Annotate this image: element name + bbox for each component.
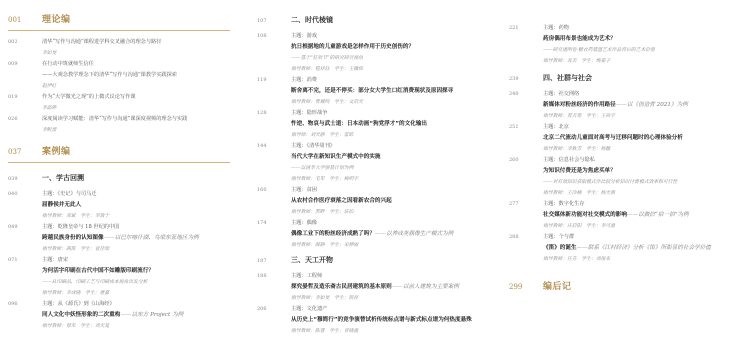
- entry-title: 同人文化中妖怪形象的二次重构: [42, 312, 120, 318]
- entry-title-line: 跨越民族身份的认知图像——以巴尔喀什湖、乌梁东亚地区为例: [42, 233, 230, 244]
- page-number: 019: [8, 92, 42, 103]
- page-number: 096: [8, 299, 42, 310]
- entry-author: 赵伊红: [42, 81, 230, 92]
- toc-entry[interactable]: 221 主题：药物 药房偶用布景也能成为艺术？ ——研究透明卷·糖衣药装置艺术作…: [509, 23, 745, 67]
- entry-author: 李如旻: [42, 48, 230, 59]
- toc-entry[interactable]: 277 主题：数字化生存 社交媒体新功能对社交模式的影响——以微信“拍一拍”为例…: [509, 199, 745, 232]
- entry-title: 在行动中筑就师生信任: [42, 59, 230, 70]
- entry-subtitle: ——以养成类偶像生产模式为例: [375, 231, 453, 237]
- section-title: 二、时代棱镜: [291, 15, 333, 25]
- page-number: 144: [257, 141, 291, 152]
- entry-author: 指导教师：李如旻 学生：凯祥: [291, 293, 495, 304]
- section-heading[interactable]: 039 一、学古回溯: [8, 173, 230, 185]
- entry-theme: 主题：偶像: [291, 218, 495, 229]
- page-number: 160: [257, 185, 291, 196]
- section-title: 四、社群与社会: [543, 73, 592, 83]
- entry-subtitle: ——对有效知识获取模式作比较分析知识付费模式效率和可行性: [543, 177, 745, 188]
- part-heading-cases[interactable]: 037 案例编: [8, 144, 230, 163]
- entry-subtitle: ——以东方 Project 为例: [120, 312, 183, 318]
- entry-title: 作为“大学微光之现”的上微式议论写作课: [42, 92, 230, 103]
- page-number: 049: [8, 222, 42, 233]
- entry-theme: 主题：文化遗产: [291, 304, 495, 315]
- entry-subtitle: ——从印刷品、印刷工艺与印刷成本视角出发分析: [42, 277, 230, 288]
- entry-title: 《笛》的诞生: [543, 245, 577, 251]
- page-number: 239: [509, 73, 543, 85]
- section-title: 一、学古回溯: [42, 173, 84, 183]
- toc-entry[interactable]: 040 主题：《史记》与司马迁 屈静侯并无此人 指导教师：邓斌 学生：李致于: [8, 189, 230, 222]
- entry-author: 指导教师：王泠楠 学生：杨天强: [543, 188, 745, 199]
- entry-author: 指导教师：李成晓 学生：唐嘉: [42, 288, 230, 299]
- entry-title: 深度阅读学习赋能：清华“写作与沟通”课深度视频的理念与实践: [42, 114, 230, 125]
- toc-entry[interactable]: 206 主题：文化遗产 从历史上“穆简行”的竞争演替试析传统标点谱与新式标点谱为…: [257, 304, 495, 337]
- toc-entry[interactable]: 174 主题：偶像 偶像工业下的粉丝经济成熟了吗？——以养成类偶像生产模式为例 …: [257, 218, 495, 251]
- entry-author: 指导教师：蔡禾 学生：刘天晁: [42, 321, 230, 332]
- page-number: 108: [257, 31, 291, 42]
- page-number: 206: [257, 304, 291, 315]
- toc-entry[interactable]: 002 清华“写作与沟通”课程进学科交叉融合的理念与路径 李如旻: [8, 37, 230, 59]
- entry-theme: 主题：隐形战争: [291, 108, 495, 119]
- section-title: 三、天工开物: [291, 255, 333, 265]
- entry-title: 屈静侯并无此人: [42, 200, 230, 211]
- toc-column-2: 107 二、时代棱镜 108 主题：游戏 抗日根据地的儿童游戏是怎样作用于历史创…: [257, 0, 495, 337]
- entry-title: 为知识付费还是为焦虑买单？: [543, 166, 745, 177]
- entry-title: 为何活字印刷在古代中国不如雕版印刷流行？: [42, 266, 230, 277]
- entry-theme: 主题：《史记》与司马迁: [42, 189, 230, 200]
- page-number: 107: [257, 15, 291, 27]
- toc-entry[interactable]: 240 主题：社交网络 新媒体对粉丝经济的作用路径——以《创造营 2021》为例…: [509, 89, 745, 122]
- entry-theme: 主题：乾隆皇帝与 18 世纪的中国: [42, 222, 230, 233]
- page-number: 002: [8, 37, 42, 48]
- entry-subtitle: ——以微信“拍一拍”为例: [627, 212, 689, 218]
- entry-title: 清华“写作与沟通”课程进学科交叉融合的理念与路径: [42, 37, 230, 48]
- entry-title-line: 偶像工业下的粉丝经济成熟了吗？——以养成类偶像生产模式为例: [291, 229, 495, 240]
- entry-author: 指导教师：李秋芳 学生：杨馥: [543, 144, 745, 155]
- entry-author: 李帆蕾: [42, 125, 230, 136]
- entry-theme: 主题：从《源氏》到《山海经》: [42, 299, 230, 310]
- entry-title: 药房偶用布景也能成为艺术？: [543, 34, 745, 45]
- entry-title-line: 《笛》的诞生——联系《江村经济》分析《笛》所彰显的社会学价值: [543, 243, 745, 254]
- entry-theme: 主题：贫困: [291, 185, 495, 196]
- entry-theme: 主题：社交网络: [543, 89, 745, 100]
- entry-author: 指导教师：薛静 学生：宋婵丽: [291, 240, 495, 251]
- entry-theme: 主题：《清华周刊》: [291, 141, 495, 152]
- entry-author: 指导教师：程祥钰 学生：王薇烁: [291, 64, 495, 75]
- toc-entry[interactable]: 071 主题：唐宋 为何活字印刷在古代中国不如雕版印刷流行？ ——从印刷品、印刷…: [8, 255, 230, 299]
- entry-author: 指导教师：高笛 学生：袁佳瑶: [42, 244, 230, 255]
- entry-title: 偶像工业下的粉丝经济成熟了吗？: [291, 231, 375, 237]
- entry-theme: 主题：药物: [543, 23, 745, 34]
- toc-entry[interactable]: 128 主题：隐形战争 忤逆、物哀与武士道：日本动画“狗党浮才”的文化输出 指导…: [257, 108, 495, 141]
- entry-theme: 主题：游戏: [291, 31, 495, 42]
- entry-theme: 主题：个与群: [543, 232, 745, 243]
- entry-subtitle: ——大观念教学理念下的清华“写作与沟通”课教学实践探索: [42, 70, 230, 81]
- page-number: 221: [509, 23, 543, 34]
- entry-title: 跨越民族身份的认知图像: [42, 235, 104, 241]
- toc-entry[interactable]: 026 深度阅读学习赋能：清华“写作与沟通”课深度视频的理念与实践 李帆蕾: [8, 114, 230, 136]
- toc-entry[interactable]: 251 主题：北京 北京二代流动儿童面对高考与迁移问题时的心理体验分析 指导教师…: [509, 122, 745, 155]
- entry-author: 指导教师：毛军 学生：梅明宇: [291, 174, 495, 185]
- page-number: 040: [8, 189, 42, 200]
- entry-title-line: 新媒体对粉丝经济的作用路径——以《创造营 2021》为例: [543, 100, 745, 111]
- entry-title: 忤逆、物哀与武士道：日本动画“狗党浮才”的文化输出: [291, 119, 495, 130]
- part-title: 案例编: [42, 144, 71, 157]
- entry-theme: 主题：数字化生存: [543, 199, 745, 210]
- entry-author: 指导教师：贺吉哥 学生：王尚宇: [543, 111, 745, 122]
- toc-entry[interactable]: 144 主题：《清华周刊》 当代大学在新知识生产模式中的实施 ——以清华大学强基…: [257, 141, 495, 185]
- page-number: 071: [8, 255, 42, 266]
- entry-title-line: 同人文化中妖怪形象的二次重构——以东方 Project 为例: [42, 310, 230, 321]
- toc-column-3: 221 主题：药物 药房偶用布景也能成为艺术？ ——研究透明卷·糖衣药装置艺术作…: [509, 0, 745, 303]
- toc-entry[interactable]: 096 主题：从《源氏》到《山海经》 同人文化中妖怪形象的二次重构——以东方 P…: [8, 299, 230, 332]
- page-number: 119: [257, 75, 291, 86]
- toc-entry[interactable]: 009 在行动中筑就师生信任 ——大观念教学理念下的清华“写作与沟通”课教学实践…: [8, 59, 230, 92]
- page-number: 009: [8, 59, 42, 70]
- page-number: 174: [257, 218, 291, 229]
- section-heading[interactable]: 239 四、社群与社会: [509, 73, 745, 85]
- entry-theme: 主题：北京: [543, 122, 745, 133]
- entry-subtitle: ——以前人建筑为主要案例: [392, 284, 459, 290]
- toc-column-1: 001 理论编 002 清华“写作与沟通”课程进学科交叉融合的理念与路径 李如旻…: [8, 0, 230, 332]
- entry-title: 探究晏哲及造乐斋古民居建筑的基本原则: [291, 284, 392, 290]
- part-title: 编后记: [543, 279, 572, 292]
- entry-title: 新媒体对粉丝经济的作用路径: [543, 102, 616, 108]
- entry-theme: 主题：信息社会与隐私: [543, 155, 745, 166]
- entry-title: 社交媒体新功能对社交模式的影响: [543, 212, 627, 218]
- toc-entry[interactable]: 160 主题：贫困 从农村合作医疗衰落之因看新农合的兴起 指导教师：苏畔 学生：…: [257, 185, 495, 218]
- entry-author: 指导师：刘天静 学生：雷昉: [291, 130, 495, 141]
- toc-entry[interactable]: 108 主题：游戏 抗日根据地的儿童游戏是怎样作用于历史创伤的？ ——基于“狂欢…: [257, 31, 495, 75]
- entry-author: 李晶晔: [42, 103, 230, 114]
- entry-subtitle: ——以清华大学强基计划为例: [291, 163, 495, 174]
- part-page-number: 037: [8, 148, 42, 156]
- page-number: 188: [257, 271, 291, 282]
- toc-entry[interactable]: 260 主题：信息社会与隐私 为知识付费还是为焦虑买单？ ——对有效知识获取模式…: [509, 155, 745, 199]
- entry-author: 指导教师：庆启阳 学生：李可溢: [543, 221, 745, 232]
- page-number: 128: [257, 108, 291, 119]
- entry-title: 断舍离不完，还是不停买：部分女大学生口红消费现状及原因探寻: [291, 86, 495, 97]
- entry-title: 从农村合作医疗衰落之因看新农合的兴起: [291, 196, 495, 207]
- page-number: 251: [509, 122, 543, 133]
- entry-title-line: 社交媒体新功能对社交模式的影响——以微信“拍一拍”为例: [543, 210, 745, 221]
- entry-subtitle: ——联系《江村经济》分析《笛》所彰显的社会学价值: [577, 245, 711, 251]
- toc-entry[interactable]: 288 主题：个与群 《笛》的诞生——联系《江村经济》分析《笛》所彰显的社会学价…: [509, 232, 745, 265]
- entry-author: 指导教师：及丢 学生：琬菊子: [543, 56, 745, 67]
- entry-author: 指导教师：邓斌 学生：李致于: [42, 211, 230, 222]
- entry-title: 抗日根据地的儿童游戏是怎样作用于历史创伤的？: [291, 42, 495, 53]
- page-number: 187: [257, 255, 291, 267]
- part-heading-theory[interactable]: 001 理论编: [8, 12, 230, 31]
- entry-title: 北京二代流动儿童面对高考与迁移问题时的心理体验分析: [543, 133, 745, 144]
- entry-author: 指导教师：任芬 学生：刘俊来: [543, 254, 745, 265]
- part-heading-afterword[interactable]: 299 编后记: [509, 279, 745, 297]
- part-page-number: 001: [8, 16, 42, 24]
- section-heading[interactable]: 107 二、时代棱镜: [257, 15, 495, 27]
- toc-entry[interactable]: 049 主题：乾隆皇帝与 18 世纪的中国 跨越民族身份的认知图像——以巴尔喀什…: [8, 222, 230, 255]
- page-number: 277: [509, 199, 543, 210]
- entry-subtitle: ——以巴尔喀什湖、乌梁东亚地区为例: [104, 235, 199, 241]
- toc-entry[interactable]: 019 作为“大学微光之现”的上微式议论写作课 李晶晔: [8, 92, 230, 114]
- entry-author: 指导教师：苏畔 学生：信伯: [291, 207, 495, 218]
- toc-entry[interactable]: 188 主题：工程师 探究晏哲及造乐斋古民居建筑的基本原则——以前人建筑为主要案…: [257, 271, 495, 304]
- entry-theme: 主题：工程师: [291, 271, 495, 282]
- part-page-number: 299: [509, 283, 543, 291]
- entry-theme: 主题：唐宋: [42, 255, 230, 266]
- page-number: 260: [509, 155, 543, 166]
- page-number: 288: [509, 232, 543, 243]
- part-title: 理论编: [42, 12, 71, 25]
- page-number: 026: [8, 114, 42, 125]
- page-number: 039: [8, 173, 42, 185]
- entry-author: 指导教师：贾城鸣 学生：文启天: [291, 97, 495, 108]
- entry-subtitle: ——以《创造营 2021》为例: [616, 102, 688, 108]
- entry-author: 指导教师：陈睿 学生：青晓溢: [291, 326, 495, 337]
- section-heading[interactable]: 187 三、天工开物: [257, 255, 495, 267]
- entry-title: 当代大学在新知识生产模式中的实施: [291, 152, 495, 163]
- entry-subtitle: ——基于“狂欢节”的研究研究视角: [291, 53, 495, 64]
- entry-subtitle: ——研究透明卷·糖衣药装置艺术作品背后的艺术价值: [543, 45, 745, 56]
- page-number: 240: [509, 89, 543, 100]
- entry-title: 从历史上“穆简行”的竞争演替试析传统标点谱与新式标点谱为何热度悬殊: [291, 315, 495, 326]
- entry-title-line: 探究晏哲及造乐斋古民居建筑的基本原则——以前人建筑为主要案例: [291, 282, 495, 293]
- toc-entry[interactable]: 119 主题：消费 断舍离不完，还是不停买：部分女大学生口红消费现状及原因探寻 …: [257, 75, 495, 108]
- entry-theme: 主题：消费: [291, 75, 495, 86]
